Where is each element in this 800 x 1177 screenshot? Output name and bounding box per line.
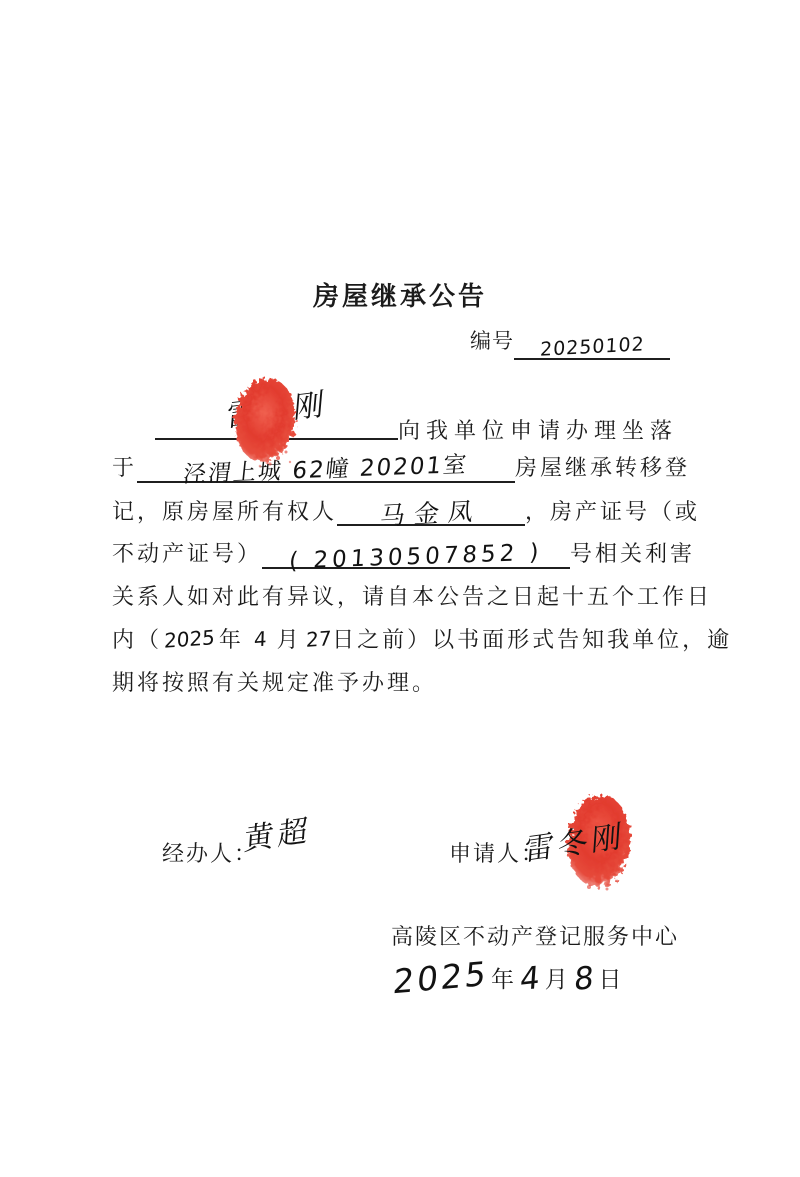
issue-date-year-handwritten: 2025: [391, 954, 490, 1002]
certificate-number-blank: ( 20130507852 ): [262, 541, 570, 569]
announcement-document: 房屋继承公告 编号20250102 雷冬刚向我单位申请办理坐落: [0, 0, 800, 1177]
organization-name: 高陵区不动产登记服务中心: [391, 920, 679, 951]
serial-blank: 20250102: [514, 332, 670, 360]
body-line-1-text: 向我单位申请办理坐落: [398, 418, 678, 443]
body-line-6-suffix: 日之前）以书面形式告知我单位，逾: [332, 627, 732, 652]
body-line-4-prefix: 不动产证号）: [112, 541, 262, 566]
body-line-3-prefix: 记，原房屋所有权人: [112, 499, 337, 524]
body-line-5: 关系人如对此有异议，请自本公告之日起十五个工作日: [112, 582, 712, 612]
handler-signature: 黄超: [243, 805, 313, 859]
certificate-number-handwritten: ( 20130507852 ): [288, 538, 543, 577]
body-line-6-prefix: 内（: [112, 627, 162, 652]
serial-label: 编号: [470, 330, 514, 353]
body-line-4-suffix: 号相关利害: [570, 541, 695, 566]
deadline-month-unit: 月: [277, 627, 302, 652]
owner-name-handwritten: 马金凤: [379, 496, 484, 532]
issue-date-day-handwritten: 8: [572, 960, 594, 999]
deadline-year-unit: 年: [219, 627, 244, 652]
deadline-month-handwritten: 4: [253, 623, 267, 654]
body-line-7-text: 期将按照有关规定准予办理。: [112, 670, 437, 695]
body-line-3-suffix: ，房产证号（或: [525, 499, 700, 524]
deadline-year-handwritten: 2025: [164, 622, 216, 656]
body-line-2: 于泾渭上城 62幢 20201室房屋继承转移登: [112, 453, 690, 483]
body-line-7: 期将按照有关规定准予办理。: [112, 668, 437, 698]
issue-date-year-unit: 年: [491, 961, 515, 994]
issue-date-month-handwritten: 4: [519, 960, 541, 999]
body-line-3: 记，原房屋所有权人马金凤，房产证号（或: [112, 496, 700, 527]
body-line-5-text: 关系人如对此有异议，请自本公告之日起十五个工作日: [112, 584, 712, 609]
page-title: 房屋继承公告: [0, 276, 800, 313]
deadline-day-handwritten: 27: [305, 623, 331, 655]
applicant-thumbprint-top: [220, 374, 310, 470]
body-line-6: 内（2025年4月27日之前）以书面形式告知我单位，逾: [112, 625, 732, 655]
body-line-2-suffix: 房屋继承转移登: [515, 455, 690, 480]
serial-number-line: 编号20250102: [470, 325, 670, 358]
body-line-4: 不动产证号）( 20130507852 )号相关利害: [112, 539, 695, 569]
owner-name-blank: 马金凤: [337, 498, 525, 526]
issue-date-day-unit: 日: [598, 961, 622, 994]
body-line-2-prefix: 于: [112, 455, 137, 480]
serial-value-handwritten: 20250102: [539, 333, 645, 361]
issue-date-month-unit: 月: [545, 961, 569, 994]
address-blank: 泾渭上城 62幢 20201室: [137, 455, 515, 483]
issue-date-line: 2025 年 4 月 8 日: [393, 956, 624, 995]
